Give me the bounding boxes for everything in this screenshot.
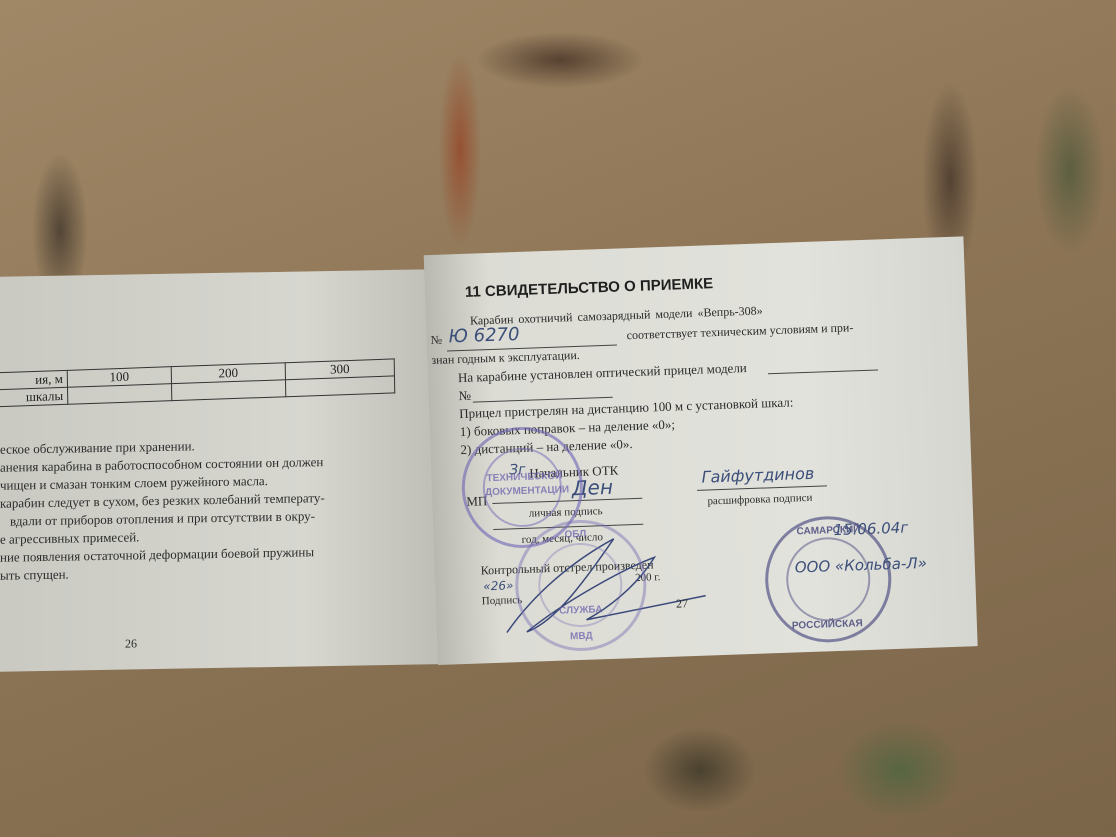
stamp-text: СЛУЖБА (559, 604, 603, 617)
page-number: 26 (125, 636, 137, 651)
empty-cell (68, 384, 172, 405)
page-number: 27 (676, 596, 689, 611)
empty-cell (285, 376, 394, 397)
paragraph-line: анения карабина в работоспособном состоя… (0, 454, 323, 476)
signature-decoding: Гайфутдинов (701, 464, 814, 487)
number-prefix: № (430, 333, 442, 348)
paragraph-line: вдали от приборов отопления и при отсутс… (10, 508, 315, 529)
signature-decoding-label: расшифровка подписи (707, 492, 812, 508)
annotation-org: ООО «Кольба-Л» (795, 554, 928, 577)
paragraph-line: ыть спущен. (0, 567, 69, 584)
paragraph-line: ние появления остаточной деформации боев… (0, 544, 314, 565)
text-line: соответствует техническим условиям и при… (626, 320, 853, 343)
paragraph-line: чищен и смазан тонким слоем ружейного ма… (0, 473, 268, 494)
paragraph-line: еское обслуживание при хранении. (0, 438, 195, 457)
open-booklet: ия, м 100 200 300 шкалы еское обслуживан… (0, 255, 1000, 675)
paragraph-line: е агрессивных примесей. (0, 529, 139, 547)
serial-number: Ю 6270 (448, 324, 520, 347)
scope-model-line (768, 369, 878, 374)
stamp-text: МВД (570, 631, 593, 643)
distance-table: ия, м 100 200 300 шкалы (0, 358, 395, 407)
section-title: 11 СВИДЕТЕЛЬСТВО О ПРИЕМКЕ (465, 275, 714, 301)
right-page: 11 СВИДЕТЕЛЬСТВО О ПРИЕМКЕ Карабин охотн… (424, 236, 978, 665)
row-label: шкалы (0, 387, 68, 406)
scope-number-prefix: № (458, 388, 471, 404)
row-label: ия, м (0, 370, 68, 389)
left-page: ия, м 100 200 300 шкалы еское обслуживан… (0, 269, 440, 672)
stamp-text: ОБЛ (564, 529, 586, 541)
annotation-date: 15.06.04г (833, 519, 908, 540)
stamp-text: РОССИЙСКАЯ (792, 618, 863, 631)
empty-cell (172, 380, 286, 401)
